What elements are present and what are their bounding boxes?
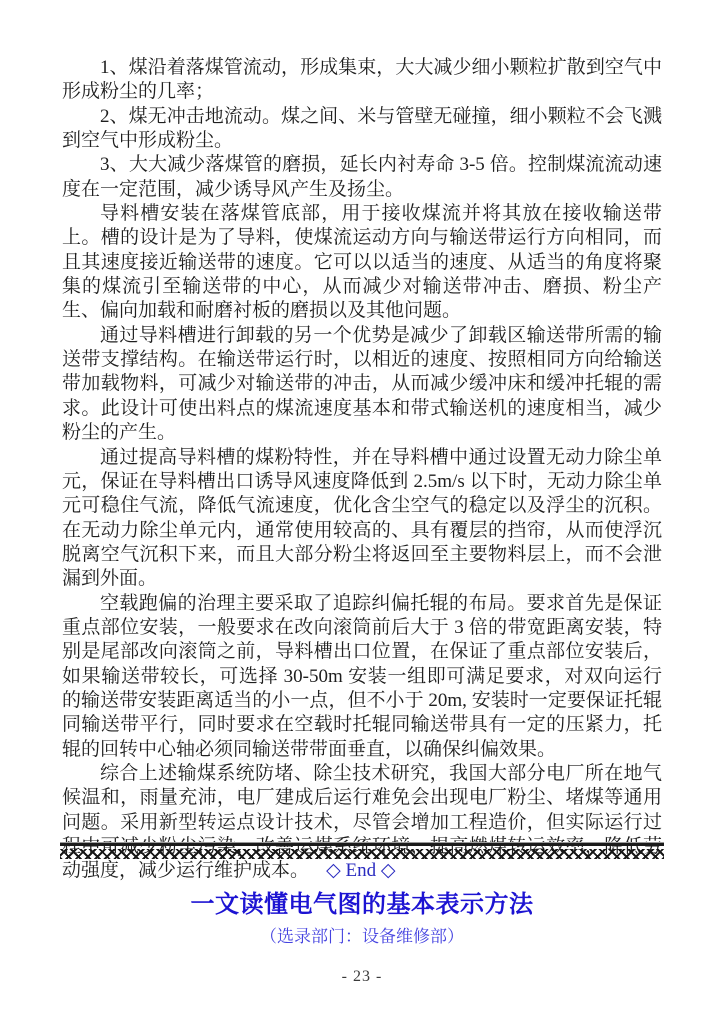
end-marker: ◇ End ◇ (326, 860, 395, 881)
paragraph-unload-advantage: 通过导料槽进行卸载的另一个优势是减少了卸载区输送带所需的输送带支撑结构。在输送带… (62, 324, 662, 446)
page-number: - 23 - (0, 968, 724, 986)
paragraph-idler-alignment: 空载跑偏的治理主要采取了追踪纠偏托辊的布局。要求首先是保证重点部位安装，一般要求… (62, 592, 662, 762)
article-body: 1、煤沿着落煤管流动，形成集束，大大减少细小颗粒扩散到空气中形成粉尘的几率； 2… (62, 56, 662, 884)
next-article-title: 一文读懂电气图的基本表示方法 (0, 884, 724, 919)
paragraph-list-item-1: 1、煤沿着落煤管流动，形成集束，大大减少细小颗粒扩散到空气中形成粉尘的几率； (62, 56, 662, 105)
paragraph-list-item-2: 2、煤无冲击地流动。煤之间、米与管壁无碰撞，细小颗粒不会飞溅到空气中形成粉尘。 (62, 105, 662, 154)
paragraph-dust-unit: 通过提高导料槽的煤粉特性，并在导料槽中通过设置无动力除尘单元，保证在导料槽出口诱… (62, 446, 662, 592)
document-page: 1、煤沿着落煤管流动，形成集束，大大减少细小颗粒扩散到空气中形成粉尘的几率； 2… (0, 0, 724, 1024)
divider-zigzag-pattern (60, 849, 664, 859)
paragraph-chute-intro: 导料槽安装在落煤管底部，用于接收煤流并将其放在接收输送带上。槽的设计是为了导料，… (62, 202, 662, 324)
next-article-subtitle: （选录部门：设备维修部） (0, 922, 724, 947)
paragraph-conclusion: 综合上述输煤系统防堵、除尘技术研究，我国大部分电厂所在地气候温和，雨量充沛，电厂… (62, 762, 662, 884)
paragraph-list-item-3: 3、大大减少落煤管的磨损，延长内衬寿命 3-5 倍。控制煤流流动速度在一定范围，… (62, 153, 662, 202)
section-divider (60, 842, 664, 859)
divider-solid-line (60, 842, 664, 846)
